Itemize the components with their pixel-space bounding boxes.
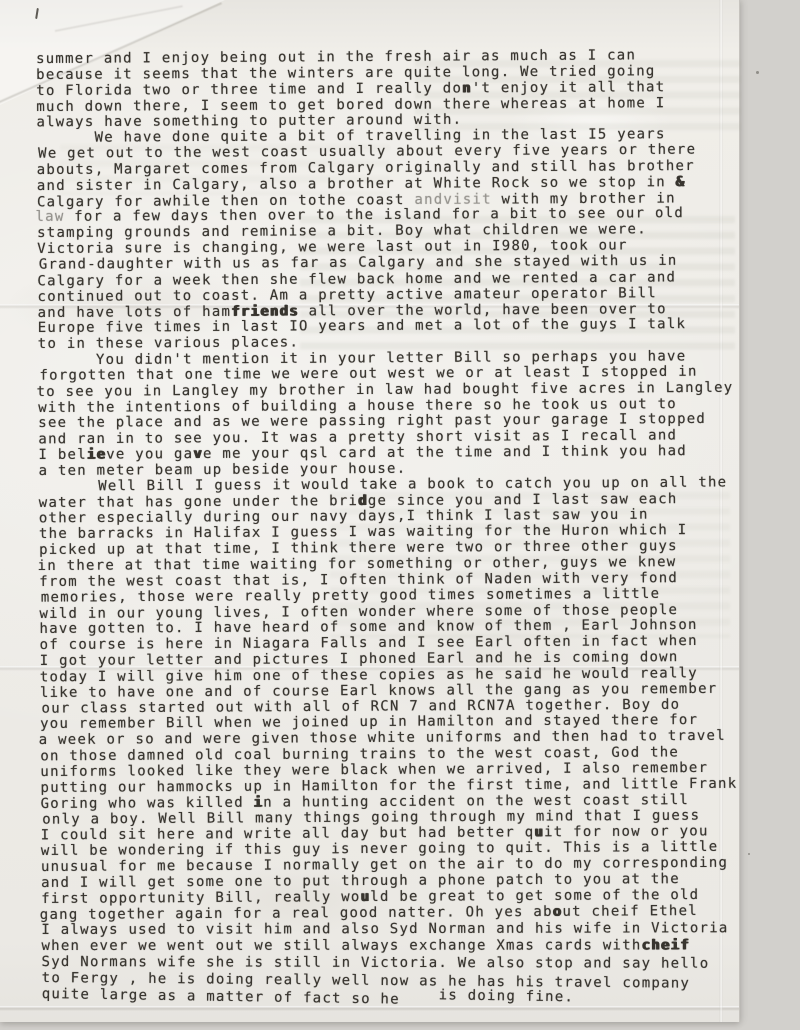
letter-text: is doing fine.: [409, 987, 574, 1006]
letter-text: memories, those were really pretty good …: [41, 586, 661, 606]
letter-text: for a few days then over to the island f…: [65, 205, 685, 225]
letter-text: Calgary for a week then she flew back ho…: [37, 269, 676, 289]
letter-text: ut cheif Ethel: [562, 903, 698, 920]
paper-speck: [756, 71, 759, 74]
letter-text: and ran in to see you. It was a pretty s…: [38, 428, 677, 448]
letter-text: to in these various places.: [38, 335, 299, 353]
letter-text: Europe five times in last IO years and m…: [38, 316, 687, 336]
letter-text: Well Bill I guess it would take a book t…: [40, 474, 727, 494]
letter-text: ie: [87, 447, 106, 463]
letter-text: in there at that time waiting for someth…: [38, 554, 677, 574]
letter-text: our class started out with all of RCN 7 …: [41, 696, 680, 716]
letter-text: to see you in Langley my brother in law …: [37, 379, 734, 399]
letter-text: when ever we went out we still always ex…: [41, 938, 641, 955]
letter-text: i: [253, 794, 263, 810]
letter-text: v: [193, 446, 203, 462]
letter-text: cheif: [642, 938, 690, 954]
letter-line: when ever we went out we still always ex…: [41, 939, 761, 955]
letter-text: and have lots of ham: [38, 303, 232, 320]
letter-text: today I will give him one of these copie…: [40, 665, 698, 685]
letter-text: law: [35, 209, 64, 225]
letter-page: summer and I enjoy being out in the fres…: [0, 0, 739, 1022]
letter-text: Syd Normans wife she is still in Victori…: [42, 954, 710, 972]
letter-text: always have something to putter around w…: [36, 112, 462, 131]
letter-text: 't enjoy it all that: [472, 79, 666, 96]
letter-text: We get out to the west coast usually abo…: [38, 142, 696, 162]
letter-text: I could sit here and write all day but h…: [41, 825, 535, 844]
letter-text: ge since you and I last saw each: [368, 491, 678, 509]
letter-text: ve you ga: [106, 446, 193, 463]
letter-text: it for now or you: [544, 824, 709, 841]
letter-text: d: [358, 493, 368, 509]
letter-text: u: [534, 825, 544, 841]
letter-text: I always used to visit him and also Syd …: [41, 921, 728, 939]
letter-text: u: [361, 889, 371, 905]
letter-text: &: [676, 174, 686, 190]
letter-text: other especially during our navy days,I …: [39, 507, 649, 527]
letter-text: gang together again for a real good natt…: [40, 903, 553, 922]
letter-text: friends: [231, 303, 299, 319]
letter-text: o: [553, 903, 563, 919]
letter-body: summer and I enjoy being out in the fres…: [36, 48, 762, 1003]
letter-text: andvisit: [414, 191, 492, 207]
letter-text: with my brother in: [492, 190, 676, 207]
paper-speck: [748, 853, 750, 855]
letter-text: on those damned old coal burning trains …: [40, 745, 679, 765]
letter-text: I bel: [38, 447, 87, 463]
letter-text: n: [462, 80, 472, 96]
letter-text: water that has gone under the bri: [39, 493, 358, 511]
